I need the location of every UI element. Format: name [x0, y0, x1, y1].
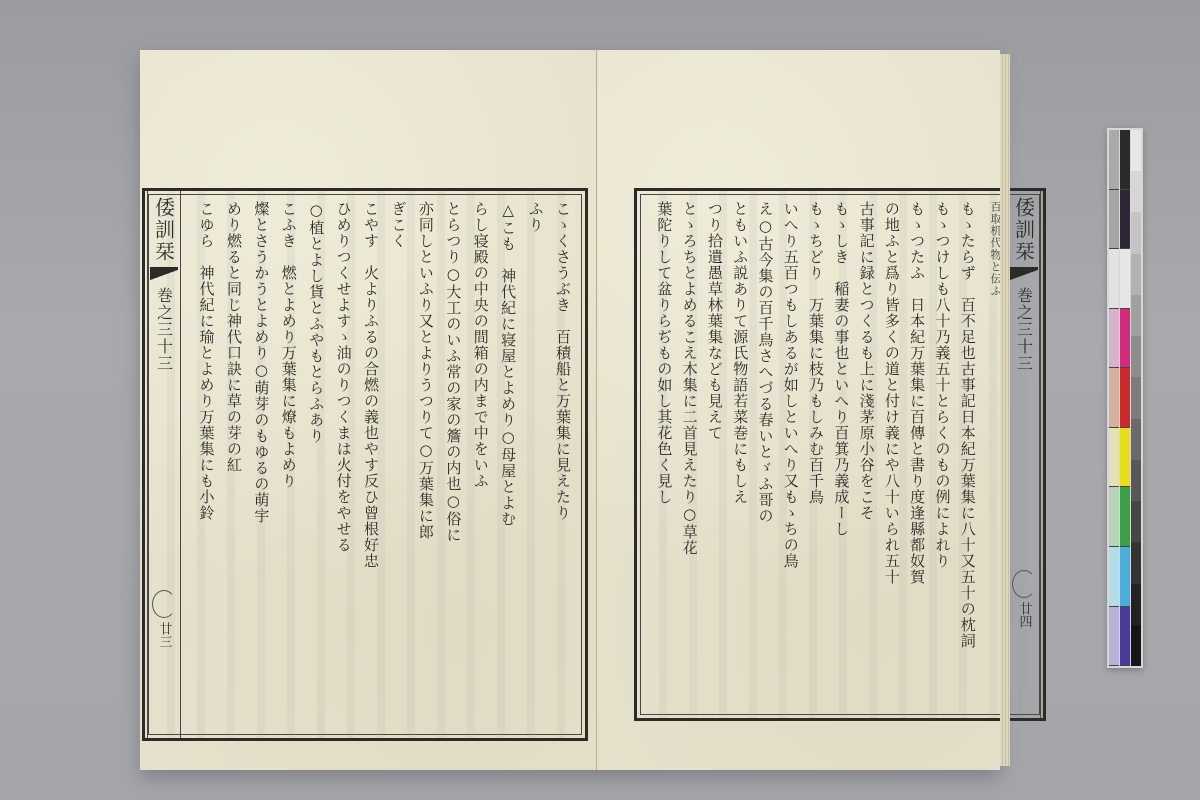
page-circle-mark-icon	[1012, 570, 1036, 598]
right-hashira-margin: 倭訓栞 巻之三十三 廿四	[1007, 191, 1041, 718]
left-hashira-margin: 倭訓栞 巻之三十三 廿三	[147, 191, 181, 738]
color-patch	[1120, 309, 1130, 369]
color-patch	[1120, 428, 1130, 488]
right-page: 倭訓栞 巻之三十三 廿四 百取机代物と伝ふ もゝたらず 百不足也古事記日本紀万葉…	[597, 50, 1000, 770]
left-page: 倭訓栞 巻之三十三 廿三 こゝくさうぶき 百積船と万葉集に見えたり ふり △こも…	[140, 50, 597, 770]
color-patch	[1131, 171, 1141, 212]
right-text-block: 百取机代物と伝ふ もゝたらず 百不足也古事記日本紀万葉集に八十又五十の枕詞 もゝ…	[649, 201, 1001, 708]
right-page-number: 廿四	[1015, 602, 1034, 628]
text-column: 古事記に録とつくるも上に淺茅原小谷をこそ	[851, 201, 874, 708]
left-book-title: 倭訓栞	[150, 191, 179, 263]
color-patch	[1109, 249, 1119, 309]
left-text-block: こゝくさうぶき 百積船と万葉集に見えたり ふり △こも 神代紀に寝屋とよめり○母…	[189, 201, 571, 728]
color-patch	[1131, 212, 1141, 253]
color-patch	[1120, 547, 1130, 607]
color-patch	[1109, 368, 1119, 428]
color-patch	[1120, 130, 1130, 190]
text-column: もゝたらず 百不足也古事記日本紀万葉集に八十又五十の枕詞	[952, 201, 975, 708]
color-patch	[1109, 487, 1119, 547]
text-column: もゝちどり 万葉集に枝乃もしみむ百千鳥	[801, 201, 824, 708]
text-column: もゝつたふ 日本紀万葉集に百傳と書り度逢縣都奴賀	[902, 201, 925, 708]
page-circle-mark-icon	[152, 590, 176, 618]
text-column: つり拾遺愚草林葉集なども見えて	[700, 201, 723, 708]
left-page-number: 廿三	[155, 622, 174, 648]
right-book-title: 倭訓栞	[1010, 191, 1039, 263]
right-volume-label: 巻之三十三	[1013, 287, 1036, 372]
color-patches-saturated	[1120, 130, 1130, 666]
fishtail-mark-icon	[150, 267, 178, 283]
right-page-frame: 倭訓栞 巻之三十三 廿四 百取机代物と伝ふ もゝたらず 百不足也古事記日本紀万葉…	[634, 188, 1046, 721]
text-column: ともいふ説ありて源氏物語若菜巻にもしえ	[725, 201, 748, 708]
grayscale-ramp	[1131, 130, 1141, 666]
text-column: こふき 燃とよめり万葉集に燎もよめり	[271, 201, 296, 728]
color-patch	[1131, 419, 1141, 460]
left-page-frame: 倭訓栞 巻之三十三 廿三 こゝくさうぶき 百積船と万葉集に見えたり ふり △こも…	[142, 188, 588, 741]
color-patch	[1131, 130, 1141, 171]
fishtail-mark-icon	[1010, 267, 1038, 283]
color-patch	[1131, 542, 1141, 583]
text-column: ○植とよし貨とふやもとらふあり	[299, 201, 324, 728]
text-column: 葉陀りして盆りらぢもの如し其花色く見し	[649, 201, 672, 708]
text-column: え○古今集の百千鳥さへづる春いとゞふ哥の	[750, 201, 773, 708]
text-column: いへり五百つもしあるが如しといへり又もゝちの鳥	[775, 201, 798, 708]
text-column: 亦同しといふり又とよりうつりて○万葉集に郎	[408, 201, 433, 728]
open-book: 倭訓栞 巻之三十三 廿三 こゝくさうぶき 百積船と万葉集に見えたり ふり △こも…	[140, 50, 1000, 770]
text-column: らし寝殿の中央の間箱の内まで中をいふ	[463, 201, 488, 728]
color-patch	[1120, 190, 1130, 250]
color-patch	[1109, 547, 1119, 607]
color-patch	[1131, 377, 1141, 418]
color-patch	[1131, 336, 1141, 377]
color-patch	[1131, 460, 1141, 501]
color-patch	[1109, 607, 1119, 667]
color-patch	[1131, 295, 1141, 336]
left-volume-label: 巻之三十三	[153, 287, 176, 372]
text-column: もゝしき 稲妻の事也といへり百箕乃義成ーし	[826, 201, 849, 708]
text-column: こゆら 神代紀に瑜とよめり万葉集にも小鈴	[189, 201, 214, 728]
text-column: こゝくさうぶき 百積船と万葉集に見えたり	[546, 201, 571, 728]
text-column: とらつり○大工のいふ常の家の簷の内也○俗に	[436, 201, 461, 728]
color-patch	[1120, 368, 1130, 428]
text-column: とゝろちとよめるこえ木集に二首見えたり○草花	[674, 201, 697, 708]
color-calibration-bar	[1107, 128, 1143, 668]
text-column-annotation: 百取机代物と伝ふ	[978, 201, 1001, 708]
color-patch	[1131, 501, 1141, 542]
color-patch	[1109, 428, 1119, 488]
text-column: の地ふと爲り皆多くの道と付け義にや八十いられ五十	[877, 201, 900, 708]
text-column: ふり	[518, 201, 543, 728]
text-column: こやす 火よりふるの合燃の義也やす反ひ曾根好忠	[354, 201, 379, 728]
text-column: 燦とさうかうとよめり○萌芽のもゆるの萌宇	[244, 201, 269, 728]
color-patch	[1120, 487, 1130, 547]
text-column: ぎこく	[381, 201, 406, 728]
color-patch	[1109, 190, 1119, 250]
color-patch	[1131, 625, 1141, 666]
color-patch	[1131, 254, 1141, 295]
color-patch	[1109, 309, 1119, 369]
color-patches-light	[1109, 130, 1119, 666]
text-column: △こも 神代紀に寝屋とよめり○母屋とよむ	[491, 201, 516, 728]
color-patch	[1120, 249, 1130, 309]
color-patch	[1109, 130, 1119, 190]
color-patch	[1131, 584, 1141, 625]
text-column: もゝつけしも八十乃義五十とらくのもの例によれり	[927, 201, 950, 708]
text-column: ひめりつくせよすゝ油のりつくまは火付をやせる	[326, 201, 351, 728]
color-patch	[1120, 607, 1130, 667]
text-column: めり燃ると同じ神代口訣に草の芽の紅	[217, 201, 242, 728]
